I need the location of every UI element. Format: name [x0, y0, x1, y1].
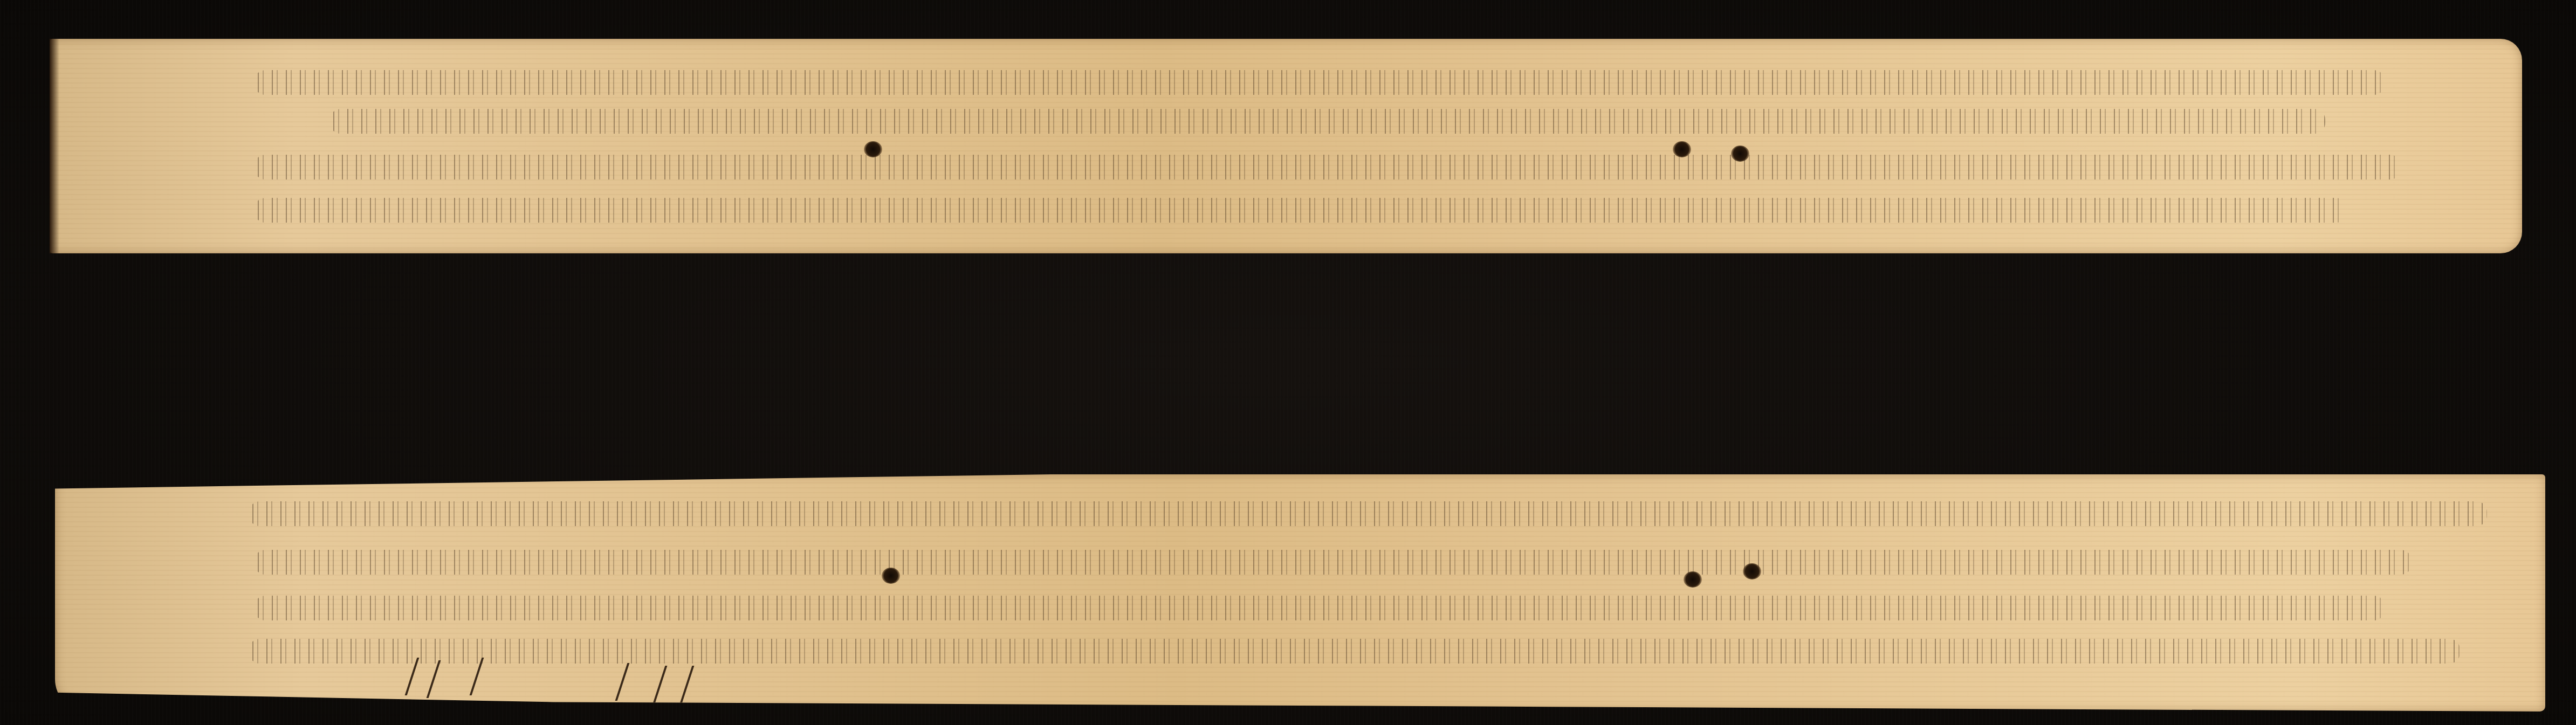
binding-hole	[1684, 571, 1702, 588]
binding-hole	[864, 141, 882, 157]
script-line-2	[255, 550, 2412, 575]
tally-mark	[653, 666, 668, 703]
tally-mark	[427, 660, 441, 698]
tally-mark	[615, 663, 630, 701]
script-line-4	[249, 639, 2460, 664]
script-line-2	[330, 109, 2325, 134]
script-line-1	[255, 70, 2385, 95]
script-line-3	[255, 155, 2401, 179]
script-line-4	[255, 198, 2347, 223]
script-line-1	[249, 501, 2487, 526]
palm-leaf-bottom: [handwritten script, 4 lines, not transc…	[55, 474, 2545, 712]
script-line-3	[255, 596, 2385, 620]
palm-leaf-top: [handwritten script, 4 lines, not transc…	[50, 39, 2522, 253]
leaf-transcription: [handwritten script, 4 lines, not transc…	[55, 474, 56, 475]
burnt-edge	[50, 39, 59, 253]
binding-hole	[1743, 563, 1761, 579]
binding-hole	[1731, 146, 1749, 162]
binding-hole	[1673, 141, 1691, 157]
tally-mark	[680, 666, 695, 703]
binding-hole	[882, 568, 900, 584]
